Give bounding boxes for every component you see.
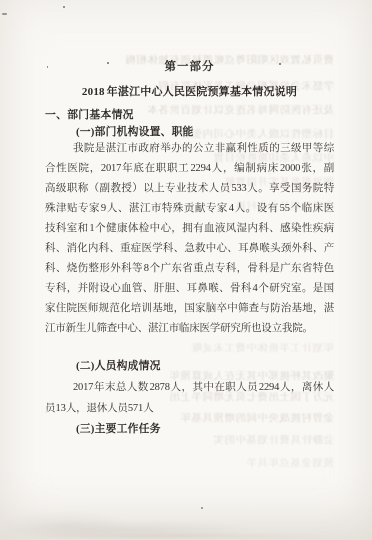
para1-line: 高级职称（副教授）以上专业技术人员 533 人。享受国务院特 — [45, 182, 334, 195]
para2-line: 员 13 人，退休人员 571 人 — [45, 402, 334, 415]
dust-speck — [63, 6, 65, 8]
part-heading: 第一部分 — [45, 61, 334, 74]
bleedthrough-text: 年划计工半鱼休中费工未灵唯 — [180, 343, 334, 355]
section-1-heading: 一、部门基本情况 — [45, 109, 334, 122]
para1-line: 合性医院，2017 年底在职职工 2294 人，编制病床 2000 张，副 — [45, 162, 334, 175]
para1-line: 科、烧伤整形外科等 8 个广东省重点专科，骨科是广东省特色 — [45, 262, 334, 275]
doc-title: 2018 年湛江中心人民医院预算基本情况说明 — [45, 86, 334, 99]
subsection-1-heading: (一)部门机构设置、职能 — [45, 126, 334, 139]
scan-shadow — [0, 470, 372, 540]
para1-line: 家住院医师规范化培训基地，国家脑卒中筛查与防治基地，湛 — [45, 302, 334, 315]
para1-line: 技科室和 1 个健康体检中心，拥有血液风湿内科、感染性疾病 — [45, 222, 334, 235]
bleedthrough-text: 预划金基点年具半 — [180, 458, 334, 470]
para1-line: 江市新生儿筛查中心、湛江市临床医学研究所也设立我院。 — [45, 322, 334, 335]
subsection-2-heading: (二)人员构成情况 — [45, 360, 334, 373]
para1-line: 殊津贴专家 9 人、湛江市特殊贡献专家 4 人。设有 55 个临床医 — [45, 202, 334, 215]
dust-speck — [2, 13, 7, 15]
para2-line: 2017 年末总人数 2878 人，其中在职人员 2294 人，离休人 — [45, 381, 334, 394]
dust-speck — [201, 507, 203, 509]
para1-line: 专科，并附设心血管、肝胆、耳鼻喉、骨科 4 个研究室。是国 — [45, 282, 334, 295]
para1-line: 科、消化内科、重症医学科、急救中心、耳鼻喉头颈外科、产 — [45, 242, 334, 255]
subsection-3-heading: (三)主要工作任务 — [45, 423, 334, 436]
para1-line: 我院是湛江市政府举办的公立非赢利性质的三级甲等综 — [45, 142, 334, 155]
scanned-document-page: 费页私置戏区唱阳粤点帐鸽科创有独休相梅 学悠未会说郑相会倒工半军体奖有假 及还有… — [0, 0, 372, 540]
bleedthrough-text: 会静针具费计划基中的实 — [150, 435, 334, 447]
